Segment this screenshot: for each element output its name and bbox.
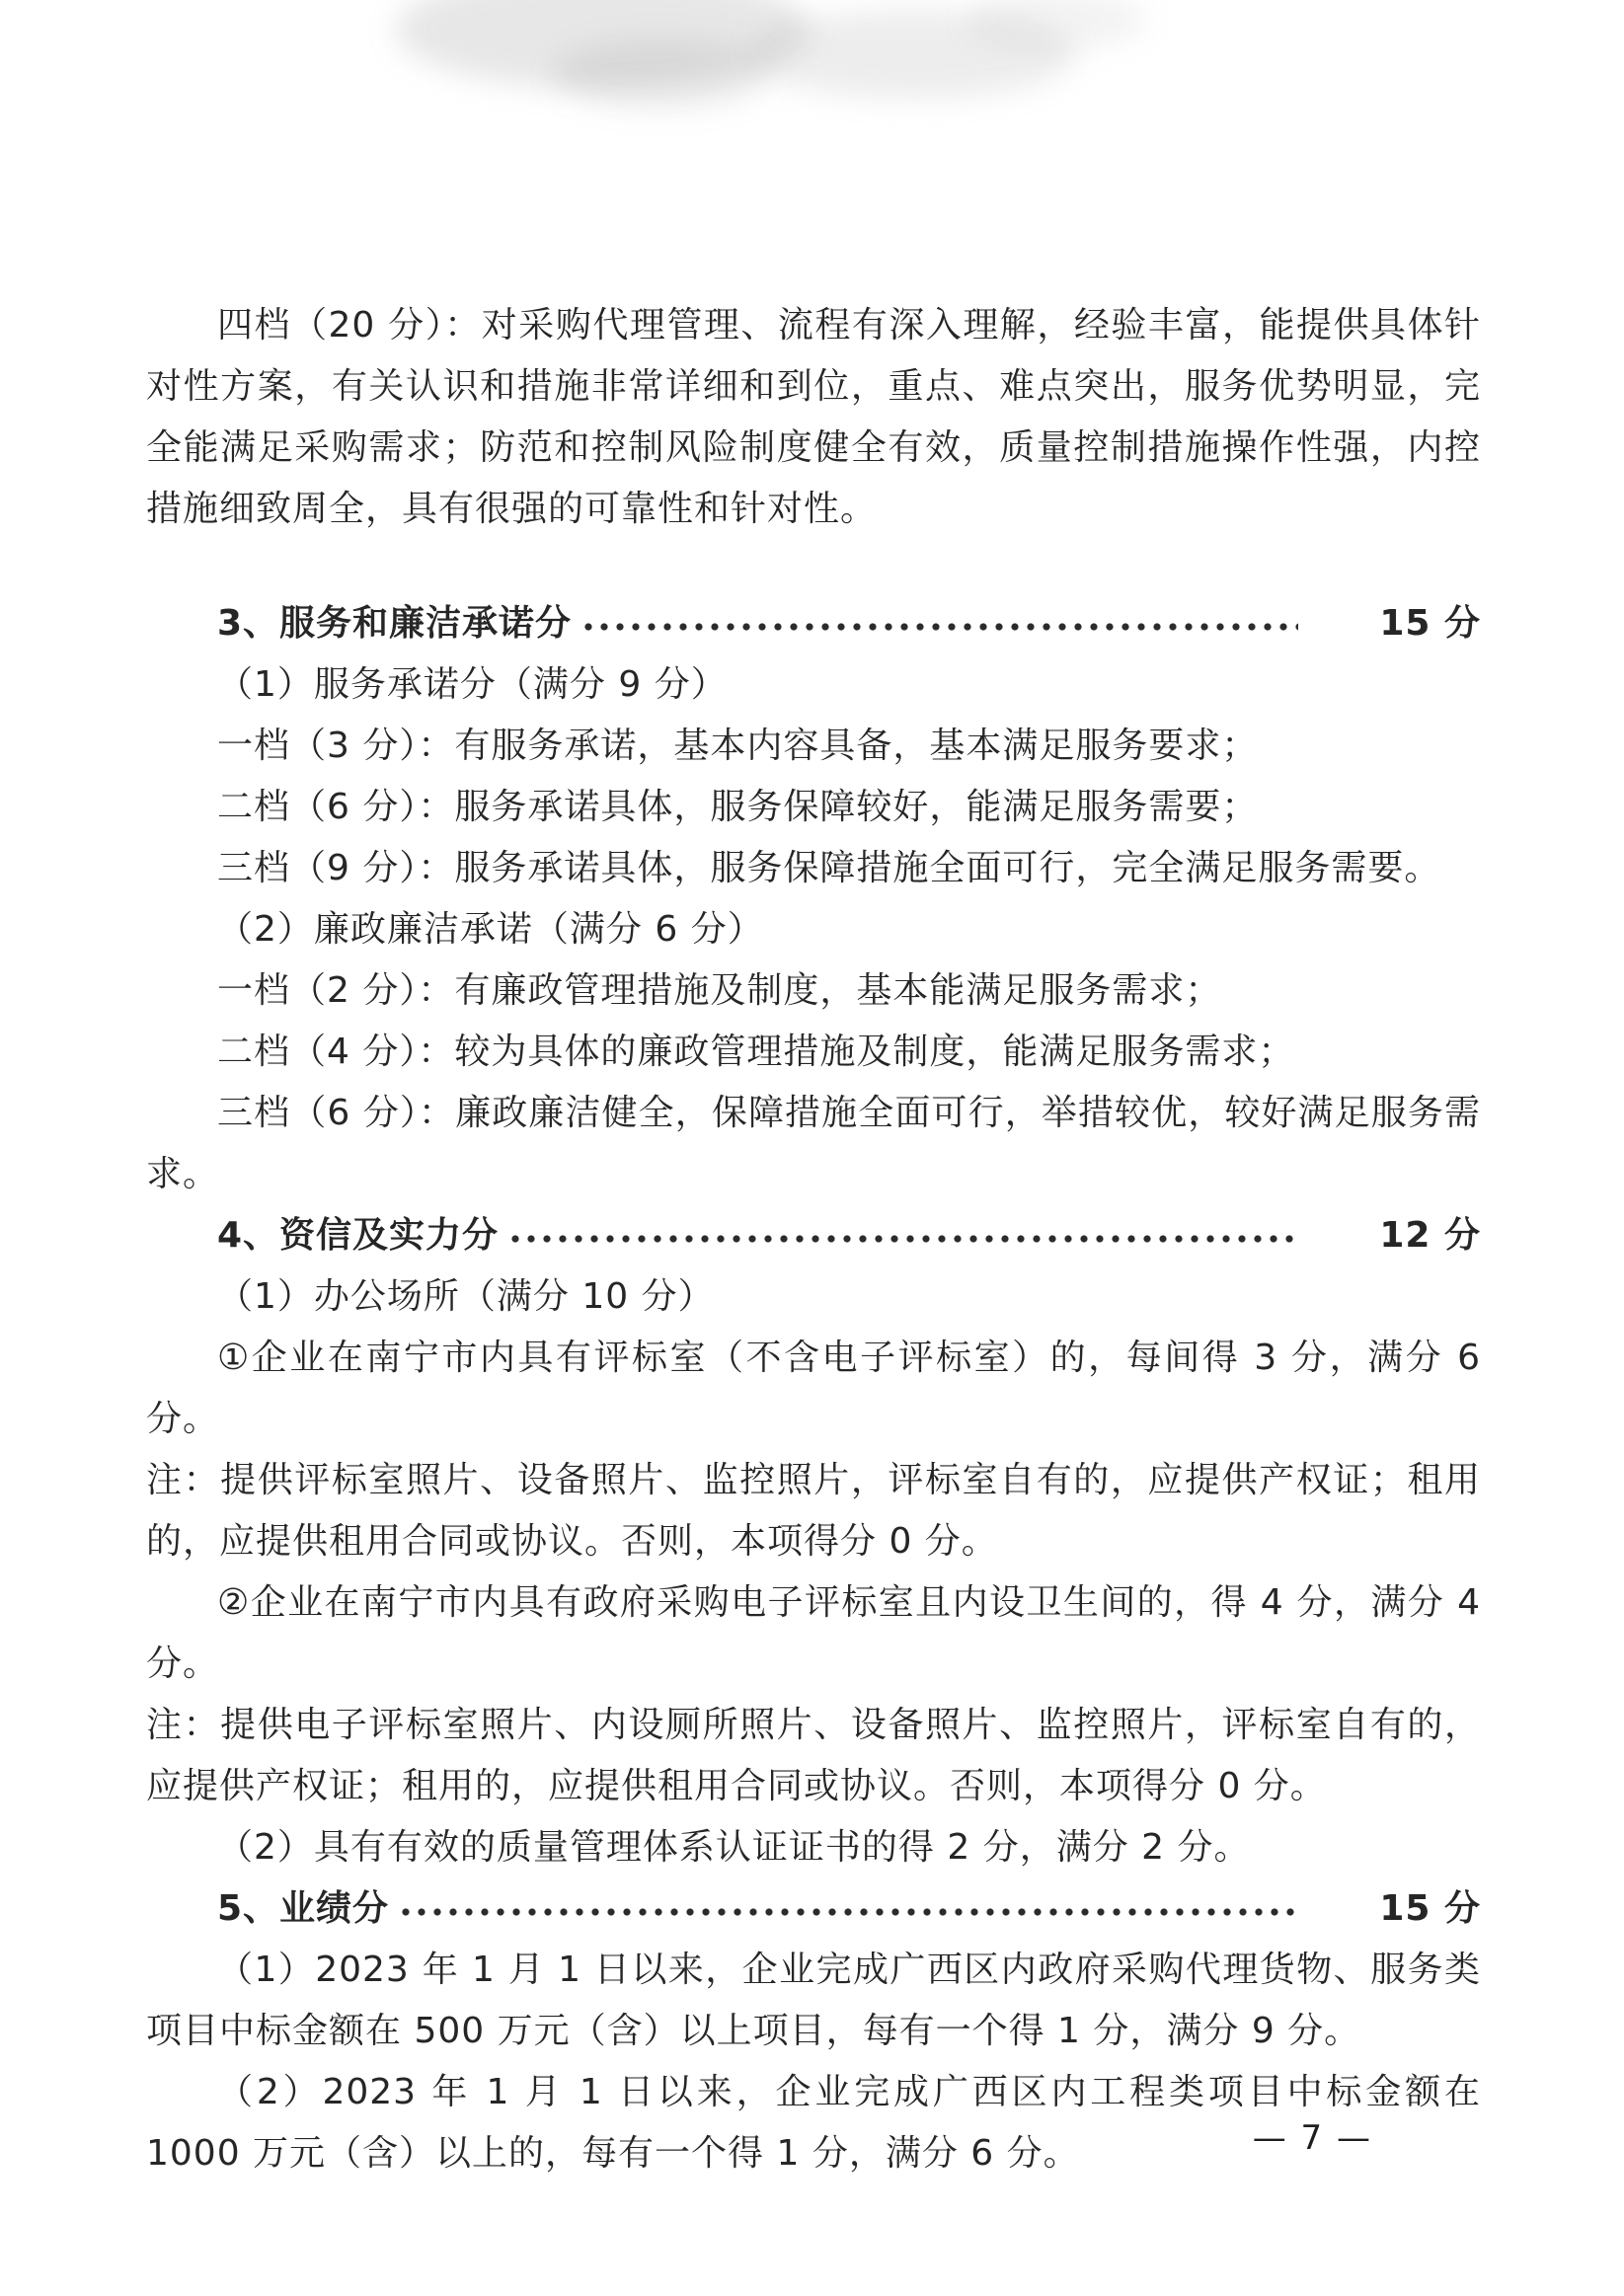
item-bid-evaluation-room: ①企业在南宁市内具有评标室（不含电子评标室）的，每间得 3 分，满分 6 分。 <box>146 1328 1481 1450</box>
page-number: — 7 — <box>1253 2118 1372 2158</box>
section-heading-label: 5、业绩分 <box>146 1878 389 1940</box>
grade3-service: 三档（9 分）：服务承诺具体，服务保障措施全面可行，完全满足服务需要。 <box>146 838 1481 899</box>
section-score: 15 分 <box>1308 1878 1481 1940</box>
grade2-integrity: 二档（4 分）：较为具体的廉政管理措施及制度，能满足服务需求； <box>146 1022 1481 1083</box>
dot-leader <box>508 1233 1298 1245</box>
section-heading-credit-strength: 4、资信及实力分 12 分 <box>146 1205 1481 1266</box>
section-score: 12 分 <box>1308 1205 1481 1266</box>
item-service-commitment: （1）服务承诺分（满分 9 分） <box>146 654 1481 716</box>
scan-noise-blob <box>553 39 770 109</box>
grade3-integrity: 三档（6 分）：廉政廉洁健全，保障措施全面可行，举措较优，较好满足服务需求。 <box>146 1083 1481 1205</box>
grade2-service: 二档（6 分）：服务承诺具体，服务保障较好，能满足服务需要； <box>146 777 1481 838</box>
scan-noise-blob <box>395 0 810 89</box>
item-quality-certificate: （2）具有有效的质量管理体系认证证书的得 2 分，满分 2 分。 <box>146 1817 1481 1878</box>
dot-leader <box>399 1906 1298 1918</box>
item-integrity-commitment: （2）廉政廉洁承诺（满分 6 分） <box>146 899 1481 960</box>
scan-noise-blob <box>967 0 1145 49</box>
note-electronic-evaluation-room: 注：提供电子评标室照片、内设厕所照片、设备照片、监控照片，评标室自有的，应提供产… <box>146 1695 1481 1817</box>
section-heading-performance: 5、业绩分 15 分 <box>146 1878 1481 1940</box>
scanned-document-page: 四档（20 分）：对采购代理管理、流程有深入理解，经验丰富，能提供具体针对性方案… <box>0 0 1624 2296</box>
grade1-integrity: 一档（2 分）：有廉政管理措施及制度，基本能满足服务需求； <box>146 960 1481 1022</box>
item-electronic-evaluation-room: ②企业在南宁市内具有政府采购电子评标室且内设卫生间的，得 4 分，满分 4 分。 <box>146 1572 1481 1695</box>
section-heading-service-integrity: 3、服务和廉洁承诺分 15 分 <box>146 593 1481 654</box>
section-gap <box>146 540 1481 593</box>
section-heading-label: 4、资信及实力分 <box>146 1205 499 1266</box>
dot-leader <box>581 621 1298 633</box>
scan-noise-blob <box>750 10 1076 99</box>
note-bid-evaluation-room: 注：提供评标室照片、设备照片、监控照片，评标室自有的，应提供产权证；租用的，应提… <box>146 1450 1481 1572</box>
item-performance-goods-services: （1）2023 年 1 月 1 日以来，企业完成广西区内政府采购代理货物、服务类… <box>146 1940 1481 2062</box>
document-body: 四档（20 分）：对采购代理管理、流程有深入理解，经验丰富，能提供具体针对性方案… <box>146 295 1481 2184</box>
item-office-premises: （1）办公场所（满分 10 分） <box>146 1266 1481 1328</box>
section-score: 15 分 <box>1308 593 1481 654</box>
grade1-service: 一档（3 分）：有服务承诺，基本内容具备，基本满足服务要求； <box>146 716 1481 777</box>
section-heading-label: 3、服务和廉洁承诺分 <box>146 593 572 654</box>
paragraph-grade4-criteria: 四档（20 分）：对采购代理管理、流程有深入理解，经验丰富，能提供具体针对性方案… <box>146 295 1481 540</box>
